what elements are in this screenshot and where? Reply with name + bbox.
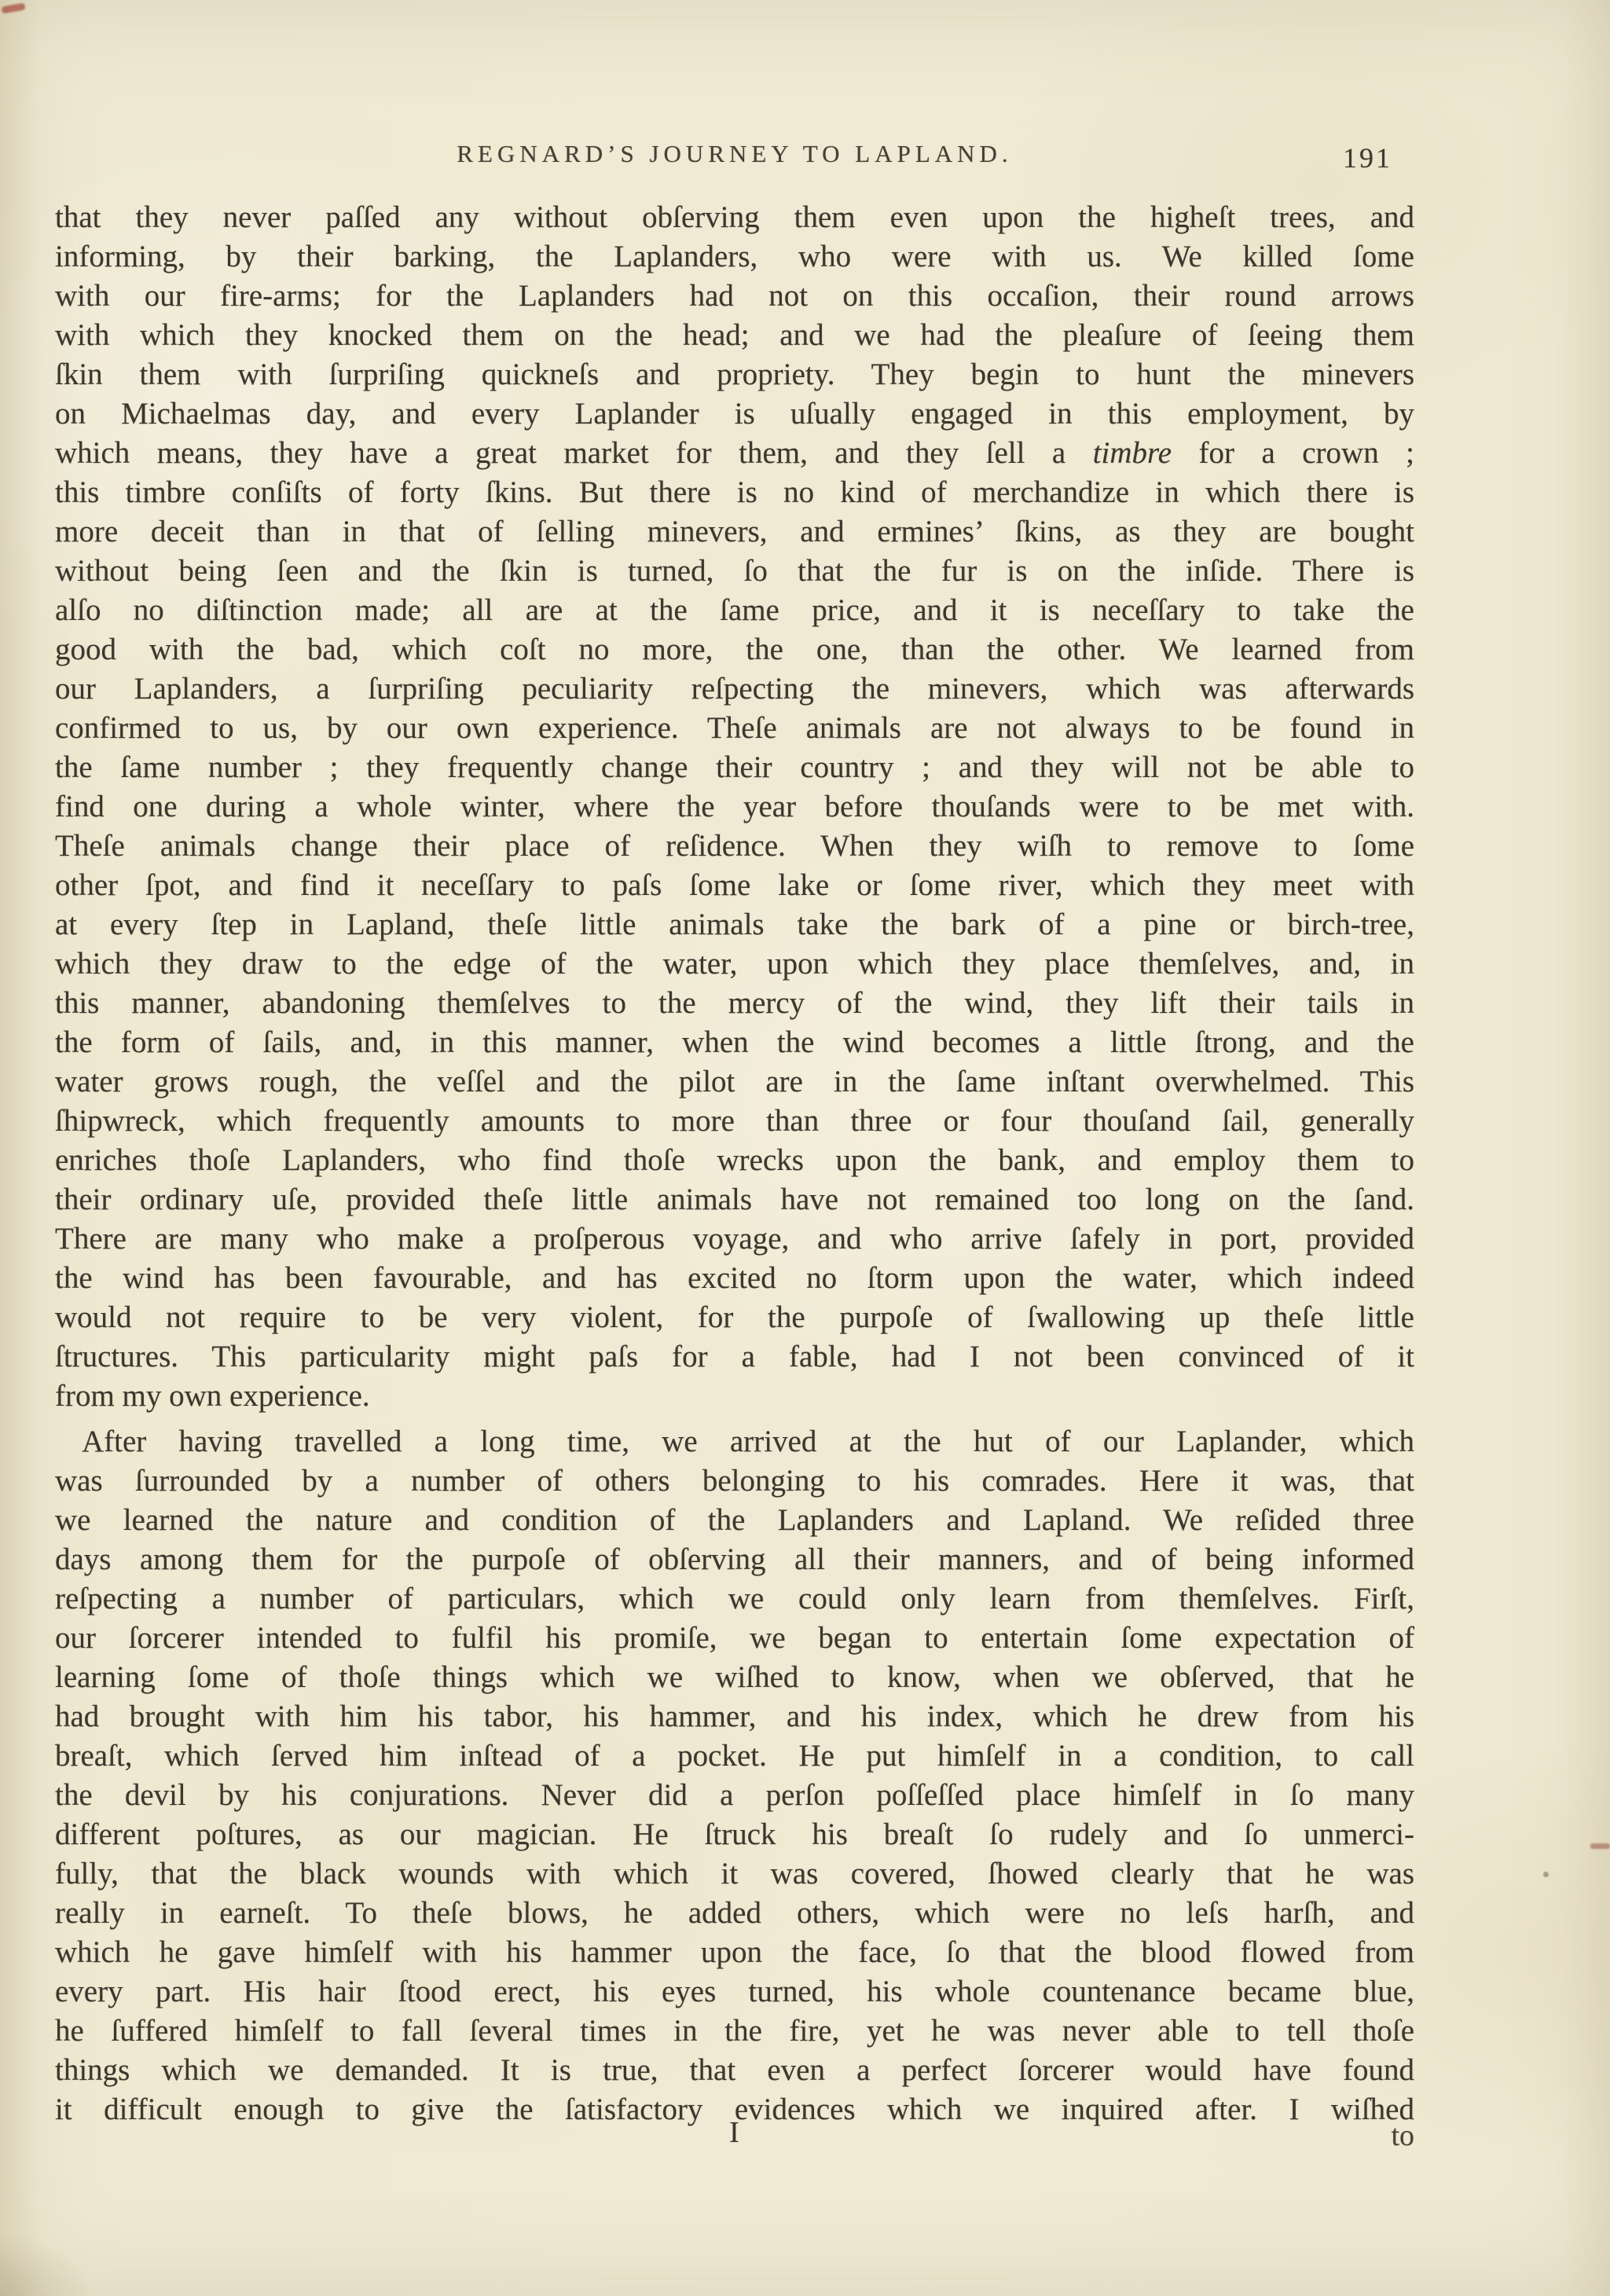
text-line: ſhipwreck, which frequently amounts to m… bbox=[55, 1102, 1414, 1141]
text-line: water grows rough, the veſſel and the pi… bbox=[55, 1062, 1414, 1102]
text-line: their ordinary uſe, provided theſe littl… bbox=[55, 1180, 1414, 1220]
signature-mark: I bbox=[55, 2115, 1414, 2150]
text-line: the ſame number ; they frequently change… bbox=[55, 748, 1414, 787]
text-line: fully, that the black wounds with which … bbox=[55, 1854, 1414, 1894]
text-line: learning ſome of thoſe things which we w… bbox=[55, 1658, 1414, 1697]
catchword: to bbox=[1391, 2118, 1414, 2153]
scan-artifact-corner-mark bbox=[1, 2, 25, 13]
text-line: the form of ſails, and, in this manner, … bbox=[55, 1023, 1414, 1062]
scan-artifact-corner-shade bbox=[0, 2232, 94, 2296]
text-line: reſpecting a number of particulars, whic… bbox=[55, 1579, 1414, 1619]
text-line: would not require to be very violent, fo… bbox=[55, 1298, 1414, 1337]
text-line: really in earneſt. To theſe blows, he ad… bbox=[55, 1894, 1414, 1933]
scan-artifact-edge-mark bbox=[1590, 1843, 1610, 1849]
text-block: that they never paſſed any without obſer… bbox=[55, 198, 1414, 2129]
text-line: other ſpot, and find it neceſſary to paſ… bbox=[55, 866, 1414, 905]
text-line: that they never paſſed any without obſer… bbox=[55, 198, 1414, 237]
text-line: good with the bad, which coſt no more, t… bbox=[55, 630, 1414, 669]
paragraph: that they never paſſed any without obſer… bbox=[55, 198, 1414, 1416]
text-line: this manner, abandoning themſelves to th… bbox=[55, 984, 1414, 1023]
text-line: he ſuffered himſelf to fall ſeveral time… bbox=[55, 2012, 1414, 2051]
text-line: had brought with him his tabor, his hamm… bbox=[55, 1697, 1414, 1737]
text-line: on Michaelmas day, and every Laplander i… bbox=[55, 394, 1414, 434]
text-line: After having travelled a long time, we a… bbox=[55, 1422, 1414, 1462]
text-line: this timbre conſiſts of forty ſkins. But… bbox=[55, 473, 1414, 512]
text-line: which he gave himſelf with his hammer up… bbox=[55, 1933, 1414, 1972]
page-header: REGNARD’S JOURNEY TO LAPLAND. 191 bbox=[55, 140, 1414, 176]
text-line: the devil by his conjurations. Never did… bbox=[55, 1776, 1414, 1815]
text-line: ſkin them with ſurpriſing quickneſs and … bbox=[55, 355, 1414, 394]
text-line: things which we demanded. It is true, th… bbox=[55, 2051, 1414, 2090]
text-line: with our fire-arms; for the Laplanders h… bbox=[55, 277, 1414, 316]
page-number: 191 bbox=[1343, 141, 1392, 174]
text-line: alſo no diſtinction made; all are at the… bbox=[55, 591, 1414, 630]
text-line: our ſorcerer intended to fulfil his prom… bbox=[55, 1619, 1414, 1658]
text-line: from my own experience. bbox=[55, 1377, 1414, 1416]
text-line: without being ſeen and the ſkin is turne… bbox=[55, 552, 1414, 591]
text-line: at every ſtep in Lapland, theſe little a… bbox=[55, 905, 1414, 944]
running-title: REGNARD’S JOURNEY TO LAPLAND. bbox=[55, 140, 1414, 168]
text-line: we learned the nature and condition of t… bbox=[55, 1501, 1414, 1540]
text-line: breaſt, which ſerved him inſtead of a po… bbox=[55, 1737, 1414, 1776]
text-line: days among them for the purpoſe of obſer… bbox=[55, 1540, 1414, 1579]
text-line: confirmed to us, by our own experience. … bbox=[55, 709, 1414, 748]
text-line: was ſurrounded by a number of others bel… bbox=[55, 1462, 1414, 1501]
text-line: informing, by their barking, the Lapland… bbox=[55, 237, 1414, 277]
text-line: find one during a whole winter, where th… bbox=[55, 787, 1414, 827]
text-line: There are many who make a proſperous voy… bbox=[55, 1220, 1414, 1259]
text-line: every part. His hair ſtood erect, his ey… bbox=[55, 1972, 1414, 2012]
paragraph: After having travelled a long time, we a… bbox=[55, 1422, 1414, 2129]
text-line: Theſe animals change their place of reſi… bbox=[55, 827, 1414, 866]
text-line: which they draw to the edge of the water… bbox=[55, 944, 1414, 984]
text-line: which means, they have a great market fo… bbox=[55, 434, 1414, 473]
text-line: the wind has been favourable, and has ex… bbox=[55, 1259, 1414, 1298]
page-footer: I to bbox=[55, 2115, 1414, 2156]
text-line: more deceit than in that of ſelling mine… bbox=[55, 512, 1414, 552]
text-line: enriches thoſe Laplanders, who find thoſ… bbox=[55, 1141, 1414, 1180]
book-page-scan: REGNARD’S JOURNEY TO LAPLAND. 191 that t… bbox=[0, 0, 1610, 2296]
text-line: our Laplanders, a ſurpriſing peculiarity… bbox=[55, 669, 1414, 709]
text-line: different poſtures, as our magician. He … bbox=[55, 1815, 1414, 1854]
scan-artifact-speck bbox=[1543, 1872, 1549, 1877]
text-line: ſtructures. This particularity might paſ… bbox=[55, 1337, 1414, 1377]
text-line: with which they knocked them on the head… bbox=[55, 316, 1414, 355]
